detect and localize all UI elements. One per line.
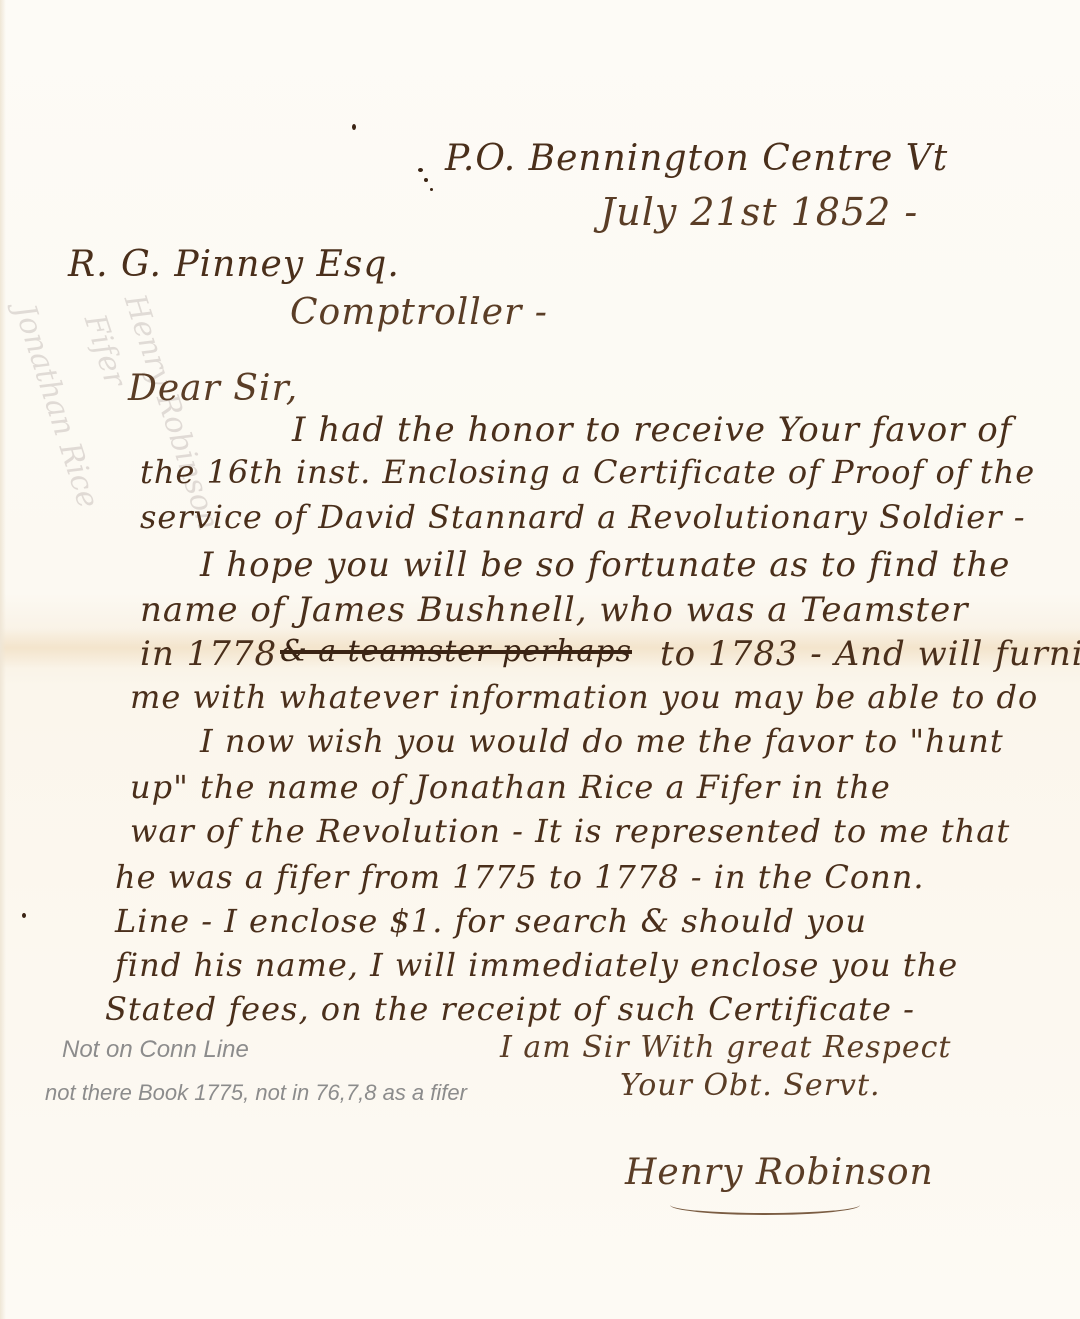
addressee-title: Comptroller - <box>290 292 548 333</box>
body-line: name of James Bushnell, who was a Teamst… <box>140 590 968 630</box>
body-line: me with whatever information you may be … <box>130 678 1038 716</box>
letter-date: July 21st 1852 - <box>600 190 918 234</box>
ink-blot <box>418 168 423 172</box>
body-line: war of the Revolution - It is represente… <box>130 812 1010 850</box>
body-line: the 16th inst. Enclosing a Certificate o… <box>140 453 1035 491</box>
pencil-note: not there Book 1775, not in 76,7,8 as a … <box>45 1080 467 1106</box>
body-line: I now wish you would do me the favor to … <box>200 722 1004 760</box>
signature: Henry Robinson <box>625 1152 934 1193</box>
closing-line: Your Obt. Servt. <box>620 1068 881 1103</box>
paper-edge <box>0 0 6 1319</box>
ink-blot <box>22 913 26 918</box>
ink-blot <box>424 178 428 182</box>
letter-place: P.O. Bennington Centre Vt <box>445 138 948 179</box>
body-line: service of David Stannard a Revolutionar… <box>140 498 1026 536</box>
struck-text: & a teamster perhaps <box>280 634 632 669</box>
salutation: Dear Sir, <box>128 368 298 409</box>
pencil-note: Not on Conn Line <box>62 1036 249 1064</box>
body-line: I hope you will be so fortunate as to fi… <box>200 545 1010 585</box>
ink-blot <box>430 188 433 191</box>
body-line: in 1778 <box>140 634 277 674</box>
body-line: up" the name of Jonathan Rice a Fifer in… <box>130 768 891 806</box>
body-line: Line - I enclose $1. for search & should… <box>115 902 867 940</box>
body-line: to 1783 - And will furnish <box>660 634 1080 674</box>
body-line: I had the honor to receive Your favor of <box>292 410 1012 450</box>
body-line: he was a fifer from 1775 to 1778 - in th… <box>115 858 925 896</box>
signature-flourish <box>670 1195 860 1215</box>
body-line: Stated fees, on the receipt of such Cert… <box>105 990 915 1028</box>
closing-line: I am Sir With great Respect <box>500 1030 951 1065</box>
ink-blot <box>352 124 356 130</box>
addressee-name: R. G. Pinney Esq. <box>68 244 400 285</box>
body-line: find his name, I will immediately enclos… <box>115 946 958 984</box>
